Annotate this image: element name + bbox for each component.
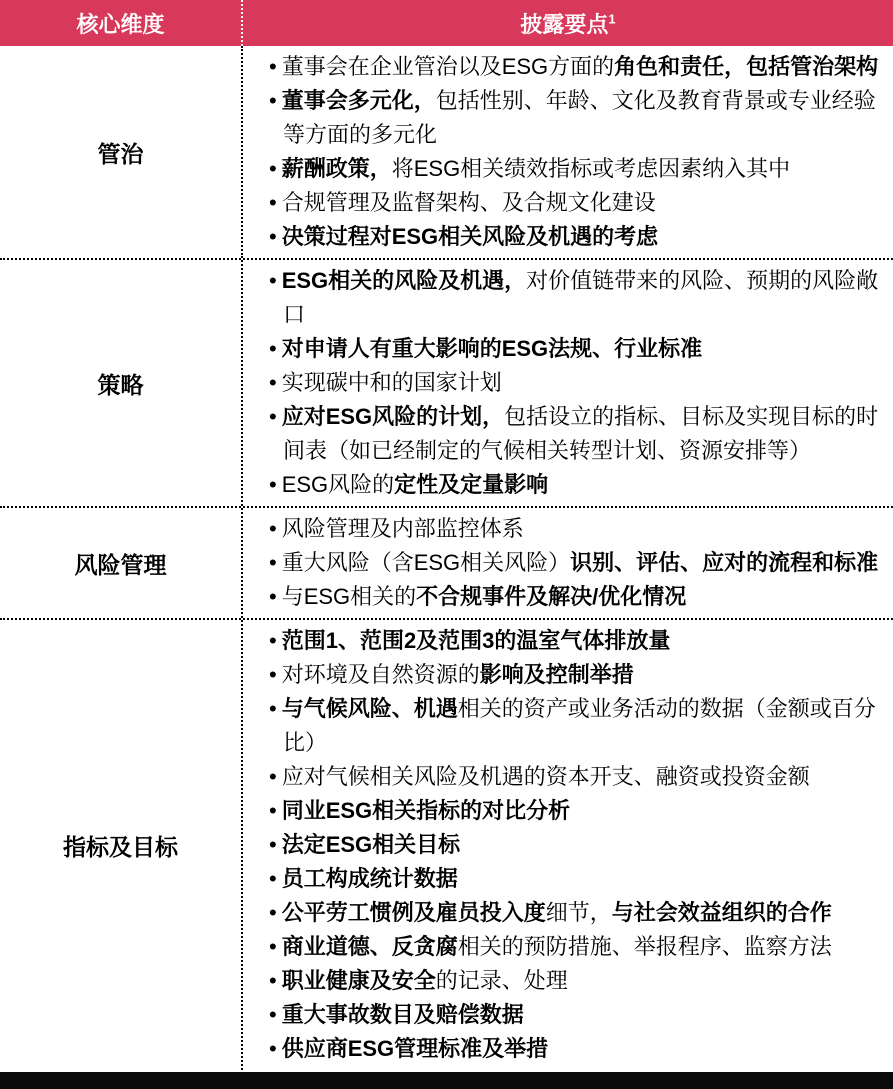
bullet-marker: •: [269, 156, 282, 181]
bullet-marker: •: [269, 336, 282, 361]
bullet-item: •ESG风险的定性及定量影响: [255, 468, 885, 502]
bullet-marker: •: [269, 662, 282, 687]
bullet-text: 实现碳中和的国家计划: [282, 370, 502, 395]
table-row: 管治•董事会在企业管治以及ESG方面的角色和责任，包括管治架构•董事会多元化，包…: [0, 46, 893, 258]
bullet-item: •供应商ESG管理标准及举措: [255, 1032, 885, 1066]
table-body: 管治•董事会在企业管治以及ESG方面的角色和责任，包括管治架构•董事会多元化，包…: [0, 46, 893, 1070]
bullet-text: 风险管理及内部监控体系: [282, 516, 524, 541]
bullet-item: •员工构成统计数据: [255, 862, 885, 896]
bullet-text-bold: 对申请人有重大影响的ESG法规、行业标准: [282, 336, 702, 361]
bullet-text-bold: 重大事故数目及赔偿数据: [282, 1002, 524, 1027]
dimension-label: 指标及目标: [0, 620, 243, 1070]
bullet-text-bold: 范围1、范围2及范围3的温室气体排放量: [282, 628, 671, 653]
bullet-text-bold: ESG相关的风险及机遇，: [282, 268, 526, 293]
esg-disclosure-table: 核心维度 披露要点1 管治•董事会在企业管治以及ESG方面的角色和责任，包括管治…: [0, 0, 893, 1089]
disclosure-points-cell: •ESG相关的风险及机遇，对价值链带来的风险、预期的风险敞口•对申请人有重大影响…: [243, 260, 893, 506]
bullet-text: 合规管理及监督架构、及合规文化建设: [282, 190, 656, 215]
bullet-text-bold: 决策过程对ESG相关风险及机遇的考虑: [282, 224, 658, 249]
header-disclosure-points-text: 披露要点: [520, 12, 608, 37]
bullet-item: •风险管理及内部监控体系: [255, 512, 885, 546]
bullet-item: •决策过程对ESG相关风险及机遇的考虑: [255, 220, 885, 254]
dimension-label: 管治: [0, 46, 243, 258]
dimension-label: 风险管理: [0, 508, 243, 618]
header-core-dimension: 核心维度: [0, 0, 243, 46]
bullet-marker: •: [269, 968, 282, 993]
bullet-text-bold: 公平劳工惯例及雇员投入度: [282, 900, 546, 925]
bullet-marker: •: [269, 696, 282, 721]
bullet-item: •实现碳中和的国家计划: [255, 366, 885, 400]
bullet-text: 应对气候相关风险及机遇的资本开支、融资或投资金额: [282, 764, 810, 789]
bullet-item: •应对气候相关风险及机遇的资本开支、融资或投资金额: [255, 760, 885, 794]
bullet-item: •同业ESG相关指标的对比分析: [255, 794, 885, 828]
bullet-marker: •: [269, 224, 282, 249]
header-core-dimension-label: 核心维度: [76, 8, 164, 39]
bullet-item: •ESG相关的风险及机遇，对价值链带来的风险、预期的风险敞口: [255, 264, 885, 332]
dimension-label: 策略: [0, 260, 243, 506]
bullet-text-bold: 不合规事件及解决/优化情况: [416, 584, 686, 609]
header-disclosure-points-label: 披露要点1: [520, 8, 615, 39]
bullet-text: 董事会在企业管治以及ESG方面的: [282, 54, 614, 79]
bullet-marker: •: [269, 934, 282, 959]
header-disclosure-points: 披露要点1: [243, 0, 893, 46]
bullet-text-bold: 职业健康及安全: [282, 968, 436, 993]
bullet-marker: •: [269, 550, 282, 575]
bullet-marker: •: [269, 798, 282, 823]
bullet-item: •法定ESG相关目标: [255, 828, 885, 862]
bullet-text: 与ESG相关的: [282, 584, 416, 609]
bullet-marker: •: [269, 866, 282, 891]
table-header-row: 核心维度 披露要点1: [0, 0, 893, 46]
bullet-item: •与气候风险、机遇相关的资产或业务活动的数据（金额或百分比）: [255, 692, 885, 760]
bullet-text-bold: 供应商ESG管理标准及举措: [282, 1036, 548, 1061]
bullet-text: 相关的预防措施、举报程序、监察方法: [458, 934, 832, 959]
bullet-text: ESG风险的: [282, 472, 394, 497]
footnote-marker: 1: [608, 11, 615, 26]
disclosure-points-cell: •风险管理及内部监控体系•重大风险（含ESG相关风险）识别、评估、应对的流程和标…: [243, 508, 893, 618]
bullet-item: •董事会多元化，包括性别、年龄、文化及教育背景或专业经验等方面的多元化: [255, 84, 885, 152]
disclosure-points-cell: •董事会在企业管治以及ESG方面的角色和责任，包括管治架构•董事会多元化，包括性…: [243, 46, 893, 258]
bullet-text-bold: 薪酬政策，: [282, 156, 392, 181]
bullet-text-bold: 同业ESG相关指标的对比分析: [282, 798, 570, 823]
bullet-text-bold: 董事会多元化，: [282, 88, 436, 113]
table-row: 风险管理•风险管理及内部监控体系•重大风险（含ESG相关风险）识别、评估、应对的…: [0, 506, 893, 618]
bullet-marker: •: [269, 1002, 282, 1027]
bullet-text: 细节，: [546, 900, 612, 925]
bullet-text-bold: 定性及定量影响: [394, 472, 548, 497]
bullet-text: 将ESG相关绩效指标或考虑因素纳入其中: [392, 156, 790, 181]
bullet-item: •职业健康及安全的记录、处理: [255, 964, 885, 998]
bullet-item: •与ESG相关的不合规事件及解决/优化情况: [255, 580, 885, 614]
bullet-item: •应对ESG风险的计划，包括设立的指标、目标及实现目标的时间表（如已经制定的气候…: [255, 400, 885, 468]
bullet-marker: •: [269, 54, 282, 79]
bullet-text-bold: 员工构成统计数据: [282, 866, 458, 891]
bullet-text-bold: 影响及控制举措: [480, 662, 634, 687]
bullet-item: •公平劳工惯例及雇员投入度细节，与社会效益组织的合作: [255, 896, 885, 930]
bullet-text-bold: 法定ESG相关目标: [282, 832, 460, 857]
disclosure-points-cell: •范围1、范围2及范围3的温室气体排放量•对环境及自然资源的影响及控制举措•与气…: [243, 620, 893, 1070]
bullet-item: •重大事故数目及赔偿数据: [255, 998, 885, 1032]
bullet-item: •薪酬政策，将ESG相关绩效指标或考虑因素纳入其中: [255, 152, 885, 186]
bullet-marker: •: [269, 628, 282, 653]
bullet-marker: •: [269, 584, 282, 609]
bullet-item: •合规管理及监督架构、及合规文化建设: [255, 186, 885, 220]
bullet-text-bold: 商业道德、反贪腐: [282, 934, 458, 959]
bullet-marker: •: [269, 370, 282, 395]
bullet-item: •对环境及自然资源的影响及控制举措: [255, 658, 885, 692]
bullet-marker: •: [269, 190, 282, 215]
bullet-text-bold: 角色和责任，包括管治架构: [614, 54, 878, 79]
table-row: 策略•ESG相关的风险及机遇，对价值链带来的风险、预期的风险敞口•对申请人有重大…: [0, 258, 893, 506]
bullet-marker: •: [269, 764, 282, 789]
bullet-marker: •: [269, 832, 282, 857]
bullet-text-bold: 与气候风险、机遇: [282, 696, 458, 721]
bullet-text-bold: 与社会效益组织的合作: [612, 900, 832, 925]
bullet-text: 的记录、处理: [436, 968, 568, 993]
bullet-item: •商业道德、反贪腐相关的预防措施、举报程序、监察方法: [255, 930, 885, 964]
bottom-black-bar: [0, 1072, 893, 1089]
bullet-marker: •: [269, 404, 282, 429]
bullet-marker: •: [269, 268, 282, 293]
bullet-item: •重大风险（含ESG相关风险）识别、评估、应对的流程和标准: [255, 546, 885, 580]
bullet-marker: •: [269, 516, 282, 541]
bullet-item: •董事会在企业管治以及ESG方面的角色和责任，包括管治架构: [255, 50, 885, 84]
bullet-item: •对申请人有重大影响的ESG法规、行业标准: [255, 332, 885, 366]
bullet-marker: •: [269, 88, 282, 113]
bullet-marker: •: [269, 900, 282, 925]
bullet-text: 重大风险（含ESG相关风险）: [282, 550, 570, 575]
table-row: 指标及目标•范围1、范围2及范围3的温室气体排放量•对环境及自然资源的影响及控制…: [0, 618, 893, 1070]
bullet-text: 对环境及自然资源的: [282, 662, 480, 687]
bullet-text-bold: 识别、评估、应对的流程和标准: [570, 550, 878, 575]
bullet-text-bold: 应对ESG风险的计划，: [282, 404, 504, 429]
bullet-marker: •: [269, 472, 282, 497]
bullet-item: •范围1、范围2及范围3的温室气体排放量: [255, 624, 885, 658]
bullet-marker: •: [269, 1036, 282, 1061]
